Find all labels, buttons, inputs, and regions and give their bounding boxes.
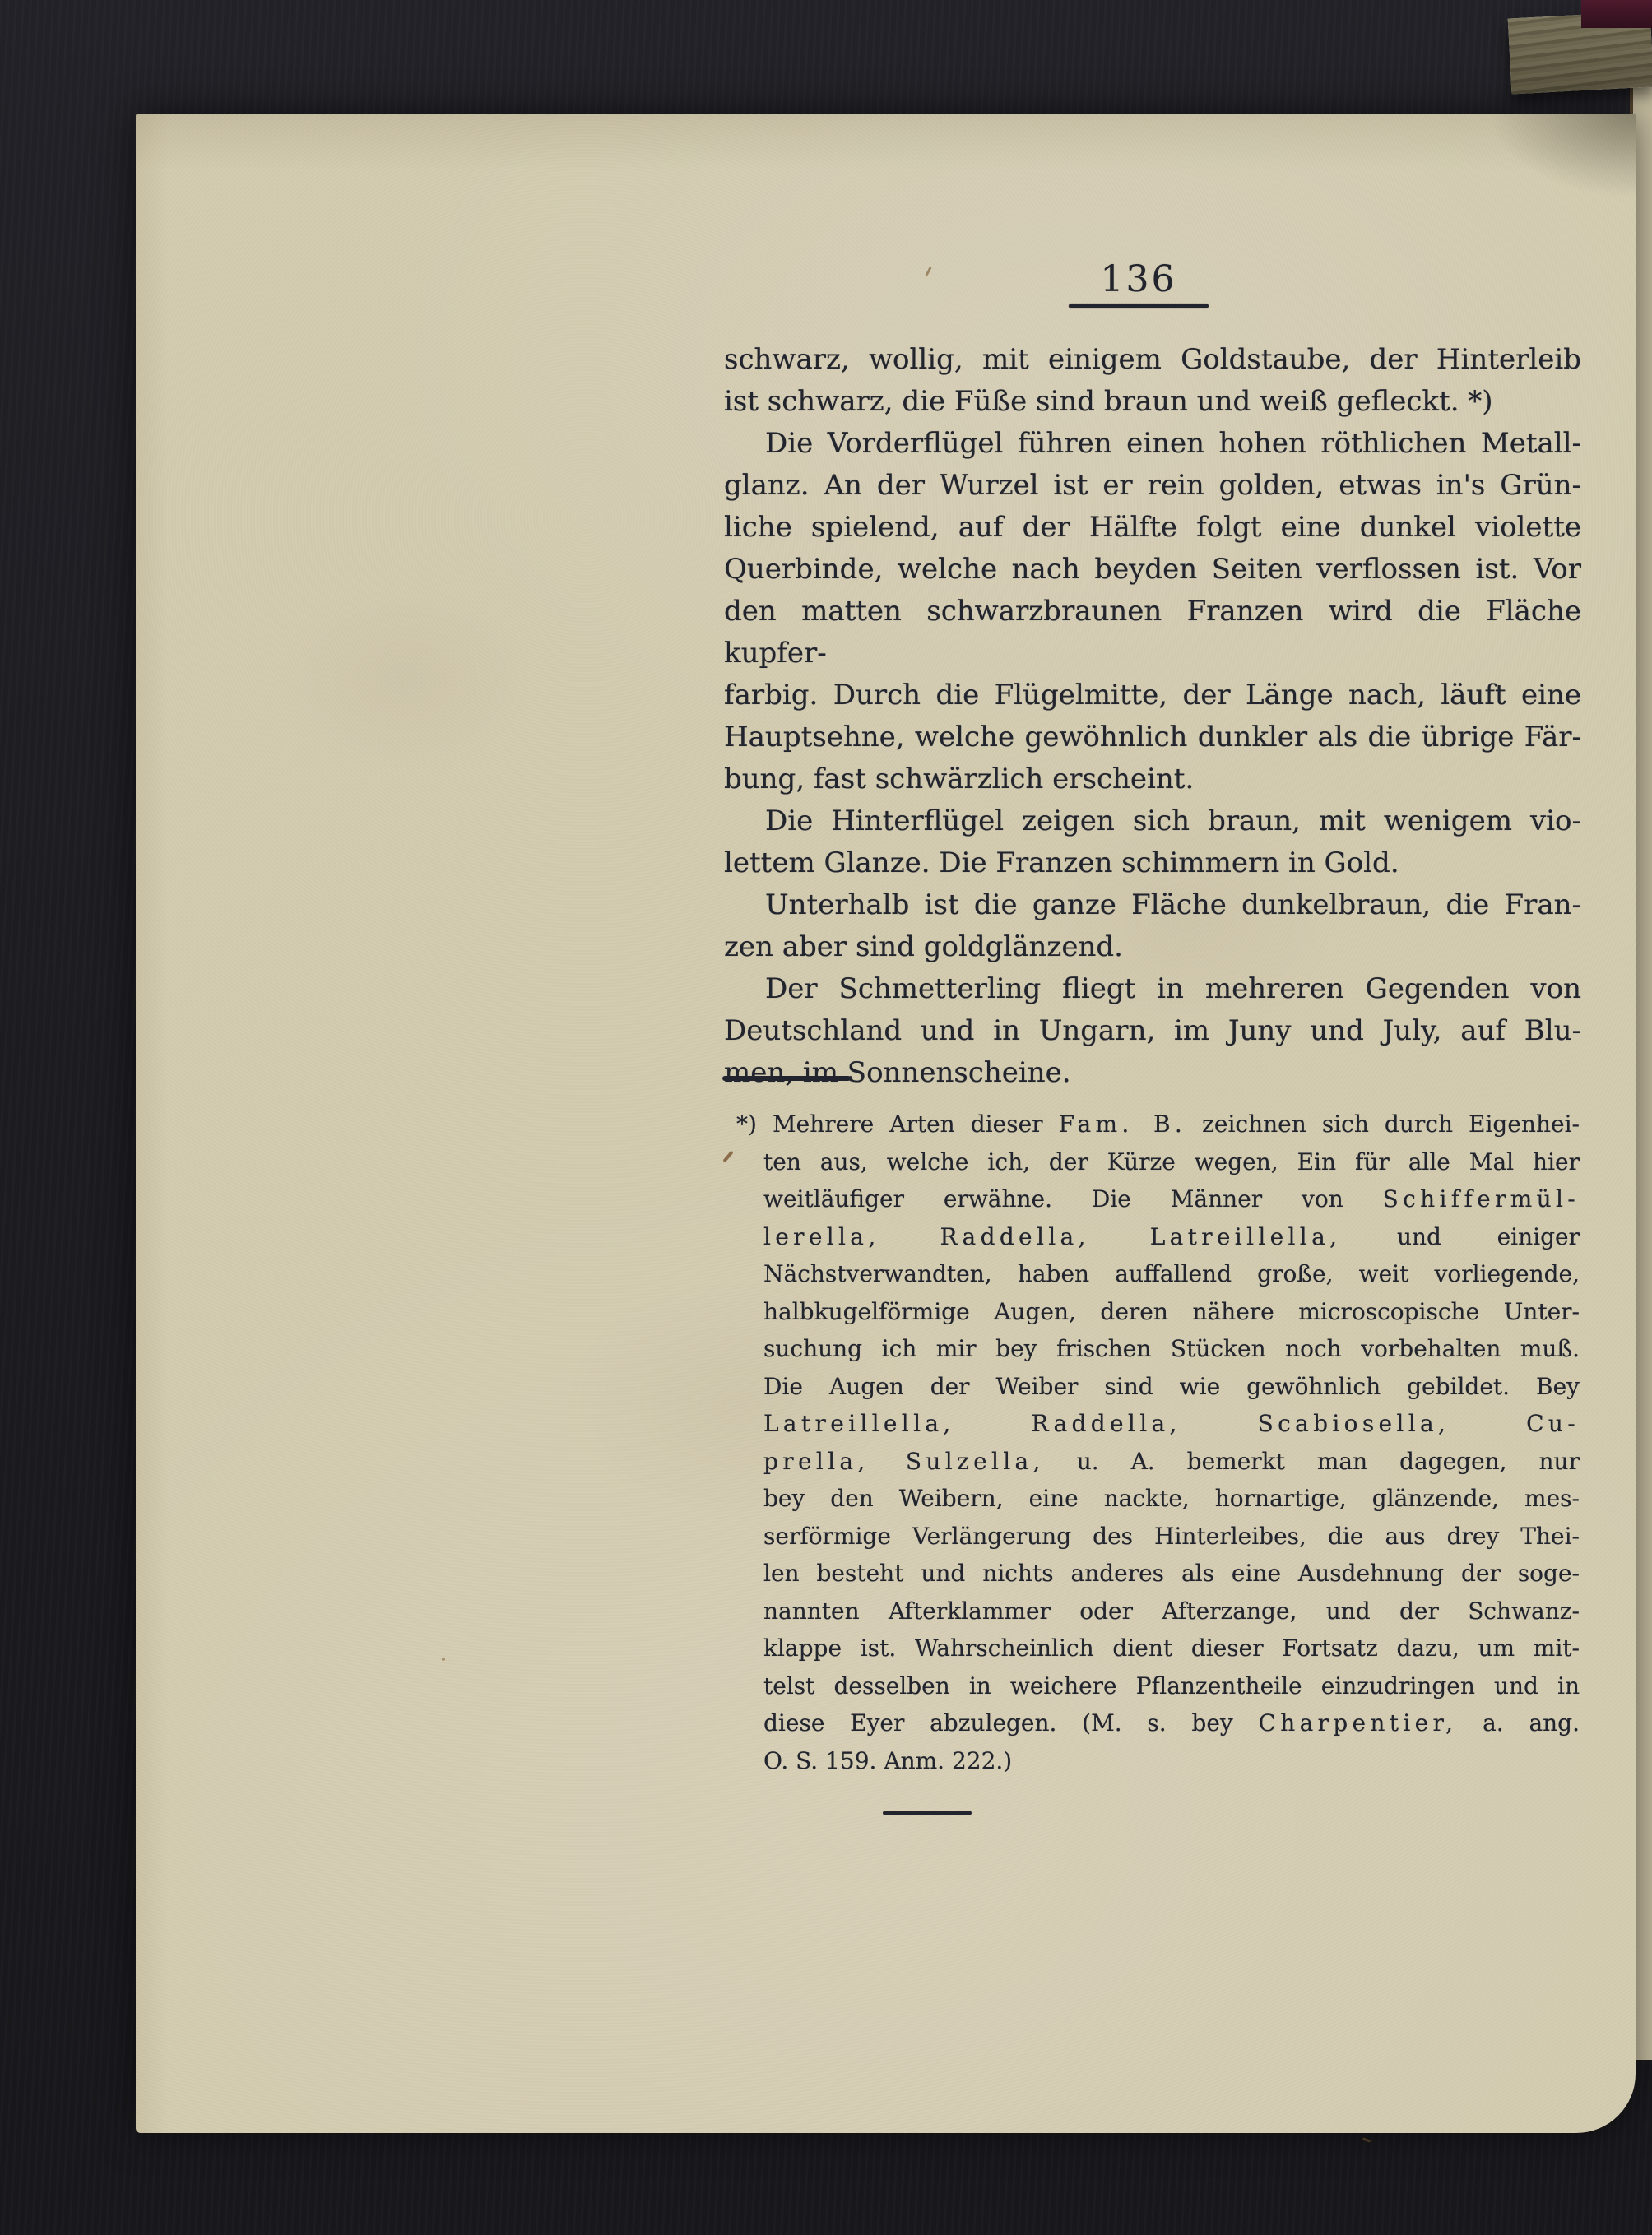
- species-name-run: prella, Sulzella,: [763, 1448, 1045, 1475]
- text-line: Der Schmetterling fliegt in mehreren Geg…: [724, 968, 1581, 1010]
- text-line: Hauptsehne, welche gewöhnlich dunkler al…: [724, 716, 1581, 758]
- book-cover-corner: [1581, 0, 1652, 28]
- text-run: halbkugelförmige Augen, deren nähere mic…: [763, 1298, 1580, 1325]
- footnote-line: Nächstverwandten, haben auffallend große…: [763, 1255, 1580, 1293]
- text-line: lettem Glanze. Die Franzen schimmern in …: [724, 842, 1581, 884]
- paper-speck: [722, 1151, 733, 1163]
- species-name-run: Charpentier,: [1258, 1709, 1457, 1737]
- text-run: a. ang.: [1457, 1709, 1580, 1737]
- footnote-line: *) Mehrere Arten dieser Fam. B. zeichnen…: [763, 1106, 1580, 1143]
- text-run: len besteht und nichts anderes als eine …: [763, 1560, 1580, 1587]
- text-run: O. S. 159. Anm. 222.): [763, 1747, 1012, 1774]
- text-run: Die Hinterflügel zeigen sich braun, mit …: [765, 805, 1581, 837]
- species-name-run: Schiffermül-: [1383, 1185, 1580, 1213]
- footnote-line: Die Augen der Weiber sind wie gewöhnlich…: [763, 1368, 1580, 1406]
- text-run: serförmige Verlängerung des Hinterleibes…: [763, 1523, 1580, 1550]
- text-line: Die Hinterflügel zeigen sich braun, mit …: [724, 800, 1581, 842]
- text-run: suchung ich mir bey frischen Stücken noc…: [763, 1335, 1580, 1362]
- text-run: Deutschland und in Ungarn, im Juny und J…: [724, 1014, 1581, 1047]
- text-line: Querbinde, welche nach beyden Seiten ver…: [724, 549, 1581, 591]
- text-run: diese Eyer abzulegen. (M. s. bey: [763, 1709, 1258, 1737]
- text-line: schwarz, wollig, mit einigem Goldstaube,…: [724, 339, 1581, 381]
- text-line: ist schwarz, die Füße sind braun und wei…: [724, 381, 1581, 423]
- text-run: Hauptsehne, welche gewöhnlich dunkler al…: [724, 721, 1581, 754]
- footnote-line: serförmige Verlängerung des Hinterleibes…: [763, 1518, 1580, 1556]
- text-run: bung, fast schwärzlich erscheint.: [724, 763, 1194, 795]
- text-run: nannten Afterklammer oder Afterzange, un…: [763, 1597, 1580, 1625]
- text-line: Deutschland und in Ungarn, im Juny und J…: [724, 1010, 1581, 1052]
- closing-rule: [883, 1811, 972, 1815]
- footnote-line: prella, Sulzella, u. A. bemerkt man dage…: [763, 1443, 1580, 1481]
- text-run: men, im Sonnenscheine.: [724, 1056, 1071, 1089]
- text-run: zen aber sind goldglänzend.: [724, 930, 1123, 963]
- footnote-separator-rule: [722, 1076, 851, 1081]
- footnote-line: weitläufiger erwähne. Die Männer von Sch…: [763, 1180, 1580, 1218]
- text-run: liche spielend, auf der Hälfte folgt ein…: [724, 511, 1581, 544]
- text-run: telst desselben in weichere Pflanzenthei…: [763, 1672, 1580, 1699]
- text-line: zen aber sind goldglänzend.: [724, 926, 1581, 968]
- text-run: lettem Glanze. Die Franzen schimmern in …: [724, 846, 1399, 879]
- footnote-line: len besteht und nichts anderes als eine …: [763, 1555, 1580, 1593]
- text-run: farbig. Durch die Flügelmitte, der Länge…: [724, 679, 1581, 712]
- paper-speck: [925, 267, 931, 276]
- text-line: liche spielend, auf der Hälfte folgt ein…: [724, 507, 1581, 549]
- text-line: men, im Sonnenscheine.: [724, 1052, 1581, 1094]
- text-run: glanz. An der Wurzel ist er rein golden,…: [724, 469, 1581, 502]
- text-line: glanz. An der Wurzel ist er rein golden,…: [724, 465, 1581, 507]
- page-number-rule: [1069, 304, 1209, 308]
- text-line: farbig. Durch die Flügelmitte, der Länge…: [724, 675, 1581, 716]
- text-run: u. A. bemerkt man dagegen, nur: [1045, 1448, 1580, 1475]
- footnote-line: ten aus, welche ich, der Kürze wegen, Ei…: [763, 1143, 1580, 1181]
- footnote-line: halbkugelförmige Augen, deren nähere mic…: [763, 1293, 1580, 1331]
- footnote-line: diese Eyer abzulegen. (M. s. bey Charpen…: [763, 1704, 1580, 1742]
- text-run: ten aus, welche ich, der Kürze wegen, Ei…: [763, 1148, 1580, 1175]
- footnote-line: Latreillella, Raddella, Scabiosella, Cu-: [763, 1405, 1580, 1443]
- footnote-line: lerella, Raddella, Latreillella, und ein…: [763, 1218, 1580, 1256]
- text-line: Unterhalb ist die ganze Fläche dunkelbra…: [724, 884, 1581, 926]
- text-run: Der Schmetterling fliegt in mehreren Geg…: [765, 972, 1581, 1005]
- species-name-run: Fam. B.: [1059, 1111, 1186, 1138]
- text-run: schwarz, wollig, mit einigem Goldstaube,…: [724, 343, 1581, 376]
- text-line: bung, fast schwärzlich erscheint.: [724, 758, 1581, 800]
- footnote-line: klappe ist. Wahrscheinlich dient dieser …: [763, 1630, 1580, 1667]
- text-run: und einiger: [1341, 1223, 1580, 1250]
- text-run: Die Vorderflügel führen einen hohen röth…: [765, 427, 1581, 460]
- text-line: Die Vorderflügel führen einen hohen röth…: [724, 423, 1581, 465]
- footnote-line: nannten Afterklammer oder Afterzange, un…: [763, 1593, 1580, 1630]
- text-run: weitläufiger erwähne. Die Männer von: [763, 1185, 1383, 1213]
- page-number: 136: [1056, 258, 1221, 300]
- text-run: Nächstverwandten, haben auffallend große…: [763, 1260, 1580, 1287]
- text-line: den matten schwarzbraunen Franzen wird d…: [724, 591, 1581, 675]
- footnote-block: *) Mehrere Arten dieser Fam. B. zeichnen…: [763, 1106, 1580, 1779]
- text-run: *) Mehrere Arten dieser: [736, 1111, 1059, 1138]
- footnote-line: O. S. 159. Anm. 222.): [763, 1742, 1580, 1780]
- species-name-run: Latreillella, Raddella, Scabiosella, Cu-: [763, 1410, 1580, 1437]
- text-run: klappe ist. Wahrscheinlich dient dieser …: [763, 1635, 1580, 1662]
- main-text-block: schwarz, wollig, mit einigem Goldstaube,…: [724, 339, 1581, 1094]
- text-run: ist schwarz, die Füße sind braun und wei…: [724, 385, 1493, 418]
- text-run: zeichnen sich durch Eigenhei-: [1186, 1111, 1580, 1138]
- footnote-line: bey den Weibern, eine nackte, hornartige…: [763, 1480, 1580, 1518]
- text-run: Querbinde, welche nach beyden Seiten ver…: [724, 553, 1581, 586]
- text-run: den matten schwarzbraunen Franzen wird d…: [724, 595, 1581, 670]
- text-run: bey den Weibern, eine nackte, hornartige…: [763, 1485, 1580, 1512]
- text-run: Unterhalb ist die ganze Fläche dunkelbra…: [765, 888, 1581, 921]
- footnote-line: suchung ich mir bey frischen Stücken noc…: [763, 1330, 1580, 1368]
- footnote-line: telst desselben in weichere Pflanzenthei…: [763, 1667, 1580, 1705]
- text-run: Die Augen der Weiber sind wie gewöhnlich…: [763, 1373, 1580, 1400]
- species-name-run: lerella, Raddella, Latreillella,: [763, 1223, 1341, 1250]
- paper-speck: [442, 1658, 445, 1661]
